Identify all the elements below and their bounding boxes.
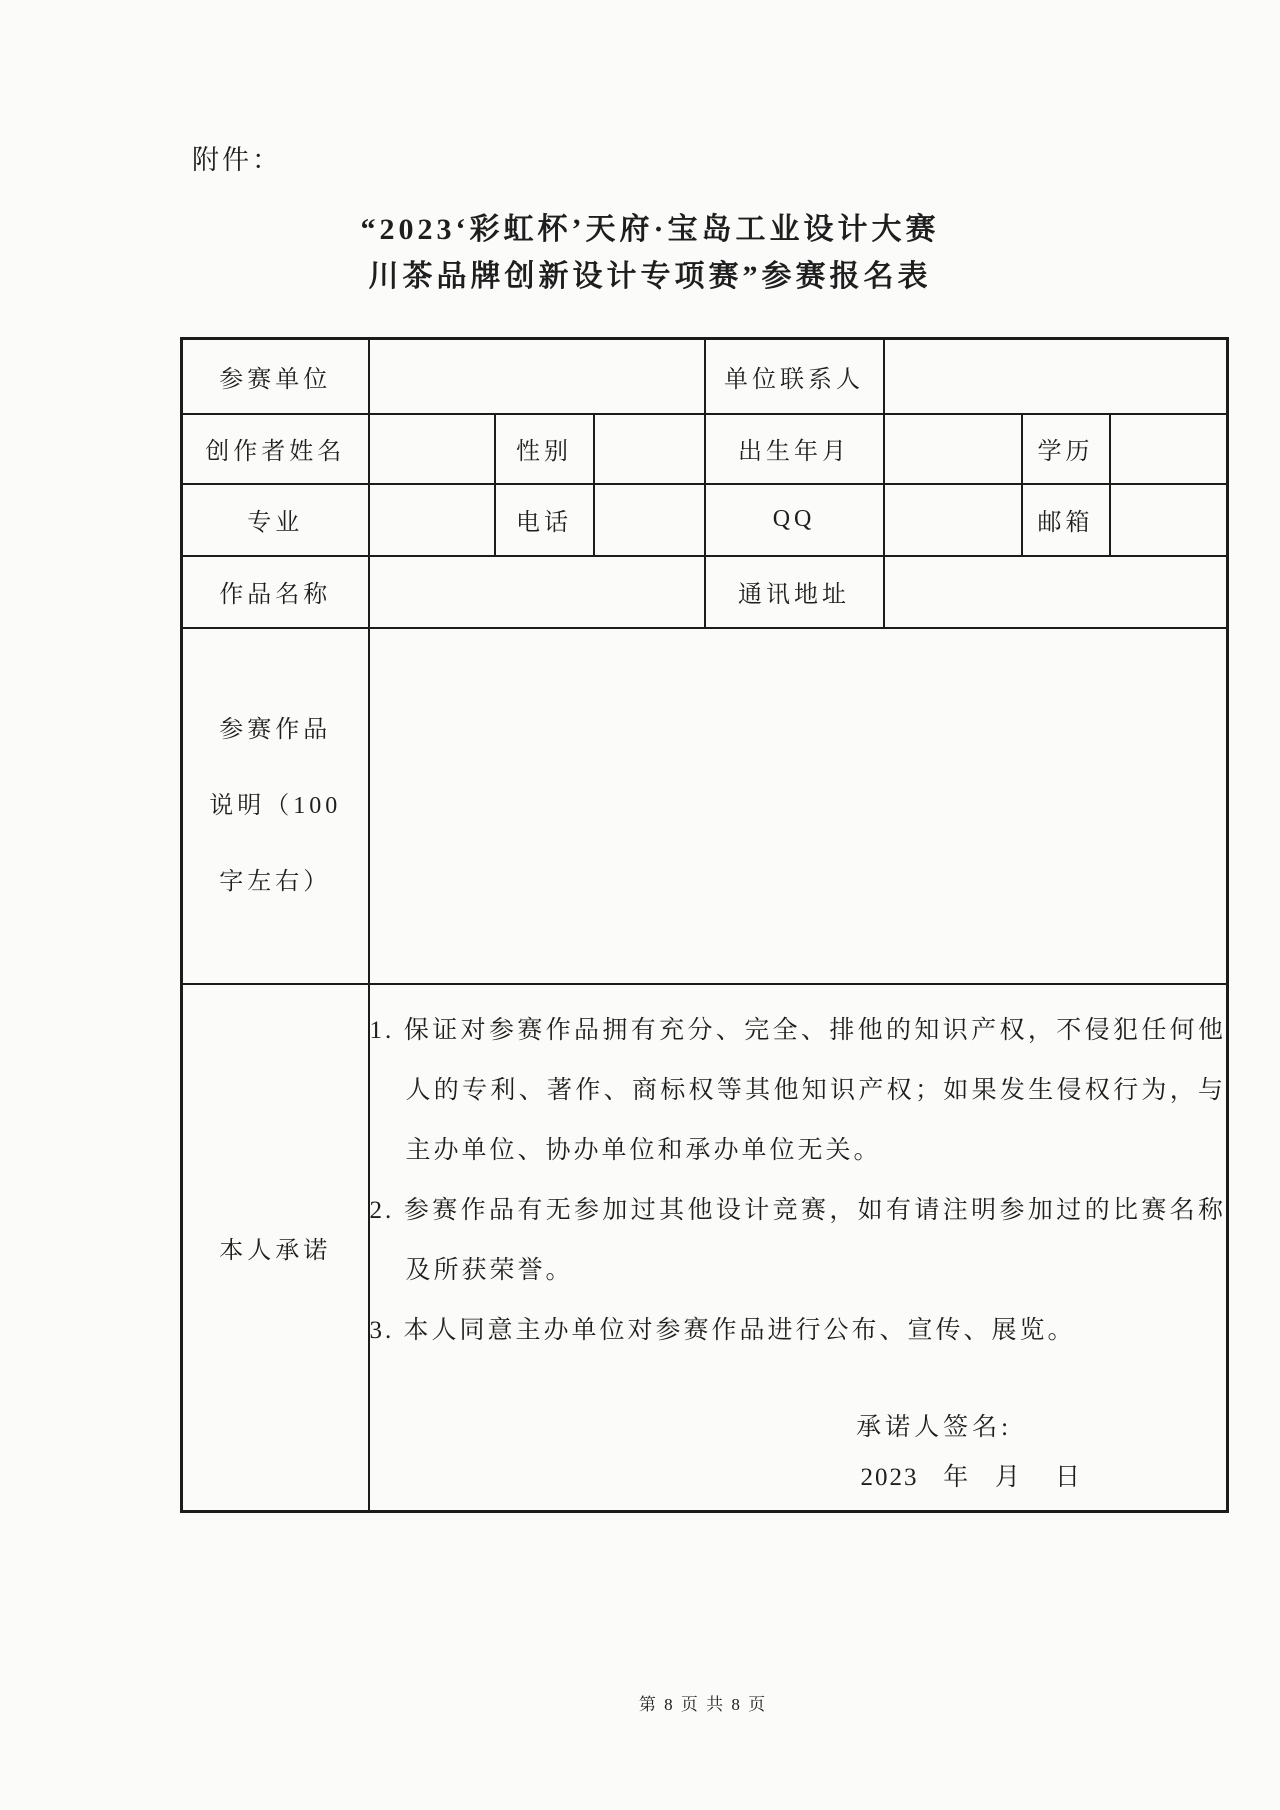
commitment-item-2-text: 参赛作品有无参加过其他设计竞赛，如有请注明参加过的比赛名称及所获荣誉。: [404, 1197, 1226, 1284]
label-commitment: 本人承诺: [182, 984, 369, 1512]
label-qq: QQ: [705, 484, 884, 556]
commitment-item-1-number: 1.: [370, 1017, 395, 1044]
input-address[interactable]: [884, 556, 1228, 628]
commitment-item-1: 1. 保证对参赛作品拥有充分、完全、排他的知识产权，不侵犯任何他人的专利、著作、…: [370, 1001, 1227, 1181]
label-birth-date: 出生年月: [705, 414, 884, 484]
commitment-item-1-text: 保证对参赛作品拥有充分、完全、排他的知识产权，不侵犯任何他人的专利、著作、商标权…: [404, 1017, 1226, 1164]
label-work-description-line1: 参赛作品: [183, 692, 368, 768]
input-phone[interactable]: [594, 484, 705, 556]
label-work-title: 作品名称: [182, 556, 369, 628]
commitment-item-3-number: 3.: [370, 1317, 395, 1344]
input-unit[interactable]: [369, 339, 705, 414]
scanned-form-page: 附件： “2023‘彩虹杯’天府·宝岛工业设计大赛 川茶品牌创新设计专项赛”参赛…: [0, 0, 1280, 1810]
input-qq[interactable]: [884, 484, 1022, 556]
input-birth-date[interactable]: [884, 414, 1022, 484]
table-row: 创作者姓名 性别 出生年月 学历: [182, 414, 1228, 484]
table-row: 参赛作品 说明（100 字左右）: [182, 628, 1228, 984]
label-contact: 单位联系人: [705, 339, 884, 414]
input-contact[interactable]: [884, 339, 1228, 414]
label-major: 专业: [182, 484, 369, 556]
label-unit: 参赛单位: [182, 339, 369, 414]
input-education[interactable]: [1110, 414, 1228, 484]
input-work-title[interactable]: [369, 556, 705, 628]
table-row: 参赛单位 单位联系人: [182, 339, 1228, 414]
table-row: 作品名称 通讯地址: [182, 556, 1228, 628]
page-number-footer: 第 8 页 共 8 页: [180, 1690, 1226, 1715]
label-work-description: 参赛作品 说明（100 字左右）: [182, 628, 369, 984]
date-line: 2023 年 月 日: [370, 1457, 1227, 1493]
label-phone: 电话: [495, 484, 594, 556]
input-email[interactable]: [1110, 484, 1228, 556]
input-creator-name[interactable]: [369, 414, 495, 484]
attachment-label: 附件：: [192, 138, 282, 177]
commitment-item-2-number: 2.: [370, 1197, 395, 1224]
form-title: “2023‘彩虹杯’天府·宝岛工业设计大赛 川茶品牌创新设计专项赛”参赛报名表: [40, 206, 1260, 300]
commitment-item-3: 3. 本人同意主办单位对参赛作品进行公布、宣传、展览。: [370, 1301, 1227, 1361]
signature-label: 承诺人签名:: [370, 1407, 1227, 1443]
input-gender[interactable]: [594, 414, 705, 484]
table-row: 本人承诺 1. 保证对参赛作品拥有充分、完全、排他的知识产权，不侵犯任何他人的专…: [182, 984, 1228, 1512]
input-major[interactable]: [369, 484, 495, 556]
commitment-item-3-text: 本人同意主办单位对参赛作品进行公布、宣传、展览。: [404, 1317, 1076, 1344]
commitment-content-cell: 1. 保证对参赛作品拥有充分、完全、排他的知识产权，不侵犯任何他人的专利、著作、…: [369, 984, 1228, 1512]
table-row: 专业 电话 QQ 邮箱: [182, 484, 1228, 556]
label-creator-name: 创作者姓名: [182, 414, 369, 484]
label-education: 学历: [1022, 414, 1110, 484]
label-work-description-line3: 字左右）: [183, 844, 368, 920]
registration-table: 参赛单位 单位联系人 创作者姓名 性别 出生年月 学历 专业 电话 QQ 邮箱: [180, 337, 1229, 1513]
label-gender: 性别: [495, 414, 594, 484]
commitment-item-2: 2. 参赛作品有无参加过其他设计竞赛，如有请注明参加过的比赛名称及所获荣誉。: [370, 1181, 1227, 1301]
label-email: 邮箱: [1022, 484, 1110, 556]
label-address: 通讯地址: [705, 556, 884, 628]
form-title-line2: 川茶品牌创新设计专项赛”参赛报名表: [40, 253, 1260, 300]
form-title-line1: “2023‘彩虹杯’天府·宝岛工业设计大赛: [40, 206, 1260, 253]
input-work-description[interactable]: [369, 628, 1228, 984]
label-work-description-line2: 说明（100: [183, 768, 368, 844]
